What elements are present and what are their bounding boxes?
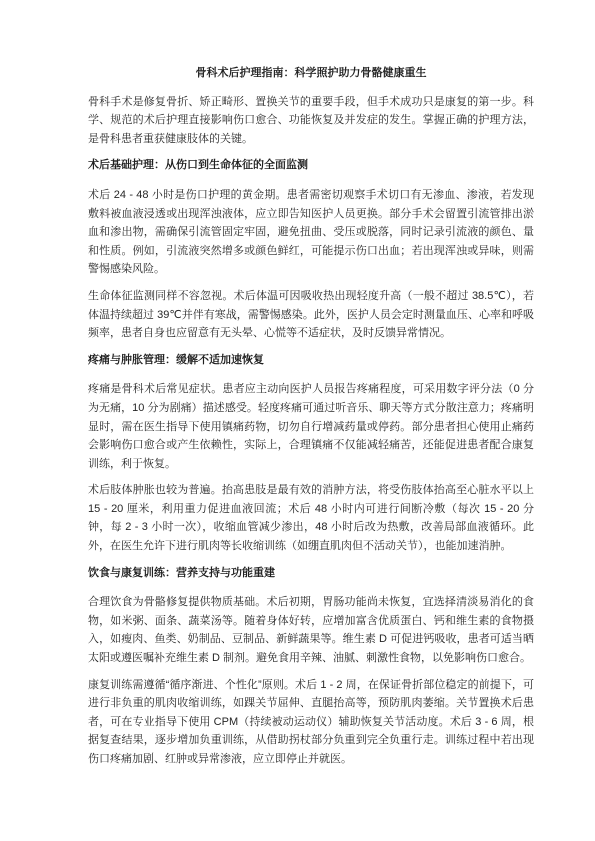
paragraph-diet-nutrition: 合理饮食为骨骼修复提供物质基础。术后初期，胃肠功能尚未恢复，宜选择清淡易消化的食… xyxy=(88,593,534,667)
intro-paragraph: 骨科手术是修复骨折、矫正畸形、置换关节的重要手段，但手术成功只是康复的第一步。科… xyxy=(88,93,534,149)
document-page: 骨科术后护理指南：科学照护助力骨骼健康重生 骨科手术是修复骨折、矫正畸形、置换关… xyxy=(0,0,595,841)
document-content: 骨科术后护理指南：科学照护助力骨骼健康重生 骨科手术是修复骨折、矫正畸形、置换关… xyxy=(88,64,534,777)
section-heading-postop-basic-care: 术后基础护理：从伤口到生命体征的全面监测 xyxy=(88,156,534,175)
paragraph-vital-signs: 生命体征监测同样不容忽视。术后体温可因吸收热出现轻度升高（一般不超过 38.5℃… xyxy=(88,287,534,343)
paragraph-swelling-management: 术后肢体肿胀也较为普遍。抬高患肢是最有效的消肿方法，将受伤肢体抬高至心脏水平以上… xyxy=(88,481,534,555)
paragraph-rehab-training: 康复训练需遵循“循序渐进、个性化”原则。术后 1 - 2 周，在保证骨折部位稳定… xyxy=(88,676,534,769)
section-heading-pain-swelling: 疼痛与肿胀管理：缓解不适加速恢复 xyxy=(88,351,534,370)
document-title: 骨科术后护理指南：科学照护助力骨骼健康重生 xyxy=(88,64,534,83)
paragraph-wound-care: 术后 24 - 48 小时是伤口护理的黄金期。患者需密切观察手术切口有无渗血、渗… xyxy=(88,186,534,279)
section-heading-diet-rehab: 饮食与康复训练：营养支持与功能重建 xyxy=(88,564,534,583)
paragraph-pain-management: 疼痛是骨科术后常见症状。患者应主动向医护人员报告疼痛程度，可采用数字评分法（0 … xyxy=(88,380,534,473)
